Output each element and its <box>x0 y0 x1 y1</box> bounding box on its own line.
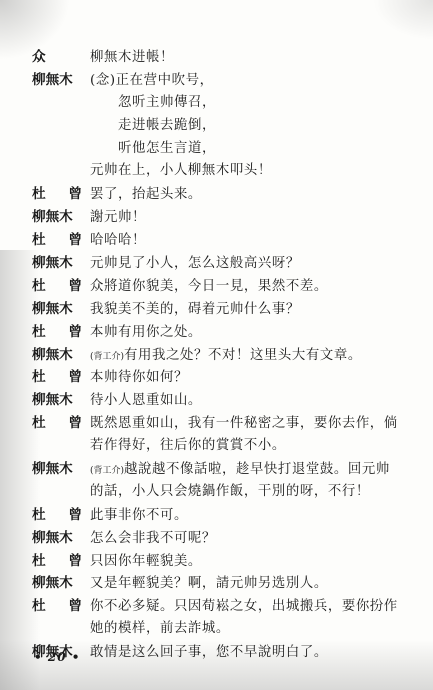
stage-direction: (背工介) <box>90 352 124 362</box>
dialogue-line: 杜 曾 你不必多疑。只因荀崧之女，出城搬兵，要你扮作 <box>32 595 422 618</box>
script-page: 众 柳無木进帳！ 柳無木 (念)正在营中吹号， 忽听主帅傳召， 走进帳去跪倒， … <box>32 46 422 664</box>
dialogue-line: 杜 曾 罢了，抬起头来。 <box>32 183 422 206</box>
speech-text: 元帅見了小人，怎么这般高兴呀？ <box>90 253 422 276</box>
continuation-line: 她的模样，前去詐城。 <box>32 618 422 641</box>
verse-line: 忽听主帅傳召， <box>32 92 422 115</box>
dialogue-line: 柳無木 (背工介)有用我之处？不对！这里头大有文章。 <box>32 344 422 367</box>
dialogue-line: 杜 曾 既然恩重如山，我有一件秘密之事，要你去作，倘 <box>32 412 422 435</box>
stage-direction: (背工介) <box>90 466 124 476</box>
speech-text: 众將道你貌美，今日一見，果然不差。 <box>90 276 422 299</box>
speaker-name: 柳無木 <box>32 458 90 481</box>
dialogue-line: 杜 曾 本帅待你如何？ <box>32 366 422 389</box>
speaker-name: 柳無木 <box>32 572 90 595</box>
verse-line: 走进帳去跪倒， <box>32 115 422 138</box>
speaker-name: 杜 曾 <box>32 595 90 618</box>
speaker-name: 杜 曾 <box>32 229 90 252</box>
continuation-line: 若作得好，往后你的賞賞不小。 <box>32 435 422 458</box>
speech-text: 哈哈哈！ <box>90 230 422 253</box>
speech-with-stage-direction: (背工介)越說越不像話啦，趁早快打退堂鼓。回元帅 <box>90 459 422 483</box>
speech-text: 越說越不像話啦，趁早快打退堂鼓。回元帅 <box>124 462 390 477</box>
dialogue-line: 杜 曾 哈哈哈！ <box>32 229 422 252</box>
speaker-name: 杜 曾 <box>32 504 90 527</box>
dialogue-line: 柳無木 待小人恩重如山。 <box>32 389 422 412</box>
speech-text: 有用我之处？不对！这里头大有文章。 <box>124 348 362 363</box>
dialogue-line: 众 柳無木进帳！ <box>32 46 422 69</box>
speech-text: 她的模样，前去詐城。 <box>90 618 422 641</box>
speech-text: 元帅在上，小人柳無木叩头！ <box>90 160 422 183</box>
dialogue-line: 柳無木 敢情是这么回子事，您不早說明白了。 <box>32 641 422 664</box>
speech-text: 怎么会非我不可呢？ <box>90 528 422 551</box>
speaker-name: 柳無木 <box>32 344 90 367</box>
continuation-line: 元帅在上，小人柳無木叩头！ <box>32 160 422 183</box>
speech-text: 的話，小人只会燒鍋作飯，干別的呀，不行！ <box>90 481 422 504</box>
speech-text: (念)正在营中吹号， <box>90 70 422 93</box>
speech-text: 只因你年輕貌美。 <box>90 551 422 574</box>
page-number: • 20 • <box>34 650 80 664</box>
speech-text: 敢情是这么回子事，您不早說明白了。 <box>90 642 422 665</box>
dialogue-line: 柳無木 元帅見了小人，怎么这般高兴呀？ <box>32 252 422 275</box>
verse-line: 听他怎生言道， <box>32 138 422 161</box>
speaker-name: 柳無木 <box>32 298 90 321</box>
speech-text: 罢了，抬起头来。 <box>90 184 422 207</box>
verse-text: 忽听主帅傳召， <box>90 92 422 115</box>
speech-text: 本帅待你如何？ <box>90 367 422 390</box>
speech-text: 你不必多疑。只因荀崧之女，出城搬兵，要你扮作 <box>90 596 422 619</box>
speech-text: 本帅有用你之处。 <box>90 322 422 345</box>
speaker-name: 杜 曾 <box>32 412 90 435</box>
dialogue-line: 柳無木 怎么会非我不可呢？ <box>32 527 422 550</box>
speaker-name: 柳無木 <box>32 69 90 92</box>
dialogue-line: 杜 曾 只因你年輕貌美。 <box>32 550 422 573</box>
speech-text: 既然恩重如山，我有一件秘密之事，要你去作，倘 <box>90 413 422 436</box>
speaker-name: 杜 曾 <box>32 183 90 206</box>
scan-shadow-top-right <box>373 0 433 40</box>
speech-text: 此事非你不可。 <box>90 505 422 528</box>
dialogue-line: 柳無木 (念)正在营中吹号， <box>32 69 422 92</box>
speaker-name: 杜 曾 <box>32 550 90 573</box>
speech-text: 謝元帅！ <box>90 207 422 230</box>
speech-text: 待小人恩重如山。 <box>90 390 422 413</box>
speech-text: 柳無木进帳！ <box>90 47 422 70</box>
speech-with-stage-direction: (背工介)有用我之处？不对！这里头大有文章。 <box>90 345 422 369</box>
speaker-name: 柳無木 <box>32 206 90 229</box>
speaker-name: 杜 曾 <box>32 275 90 298</box>
dialogue-line: 柳無木 (背工介)越說越不像話啦，趁早快打退堂鼓。回元帅 <box>32 458 422 481</box>
speech-text: 我貌美不美的，碍着元帅什么事？ <box>90 299 422 322</box>
dialogue-line: 柳無木 又是年輕貌美？啊，請元帅另选別人。 <box>32 572 422 595</box>
speaker-name: 柳無木 <box>32 389 90 412</box>
verse-text: 听他怎生言道， <box>90 138 422 161</box>
dialogue-line: 柳無木 謝元帅！ <box>32 206 422 229</box>
continuation-line: 的話，小人只会燒鍋作飯，干別的呀，不行！ <box>32 481 422 504</box>
speaker-name: 众 <box>32 46 90 69</box>
verse-text: 走进帳去跪倒， <box>90 115 422 138</box>
dialogue-line: 杜 曾 本帅有用你之处。 <box>32 321 422 344</box>
dialogue-line: 杜 曾 此事非你不可。 <box>32 504 422 527</box>
speech-text: 若作得好，往后你的賞賞不小。 <box>90 435 422 458</box>
speaker-name: 柳無木 <box>32 252 90 275</box>
speaker-name: 杜 曾 <box>32 321 90 344</box>
dialogue-line: 杜 曾 众將道你貌美，今日一見，果然不差。 <box>32 275 422 298</box>
dialogue-line: 柳無木 我貌美不美的，碍着元帅什么事？ <box>32 298 422 321</box>
speaker-name: 杜 曾 <box>32 366 90 389</box>
speech-text: 又是年輕貌美？啊，請元帅另选別人。 <box>90 573 422 596</box>
speaker-name: 柳無木 <box>32 527 90 550</box>
